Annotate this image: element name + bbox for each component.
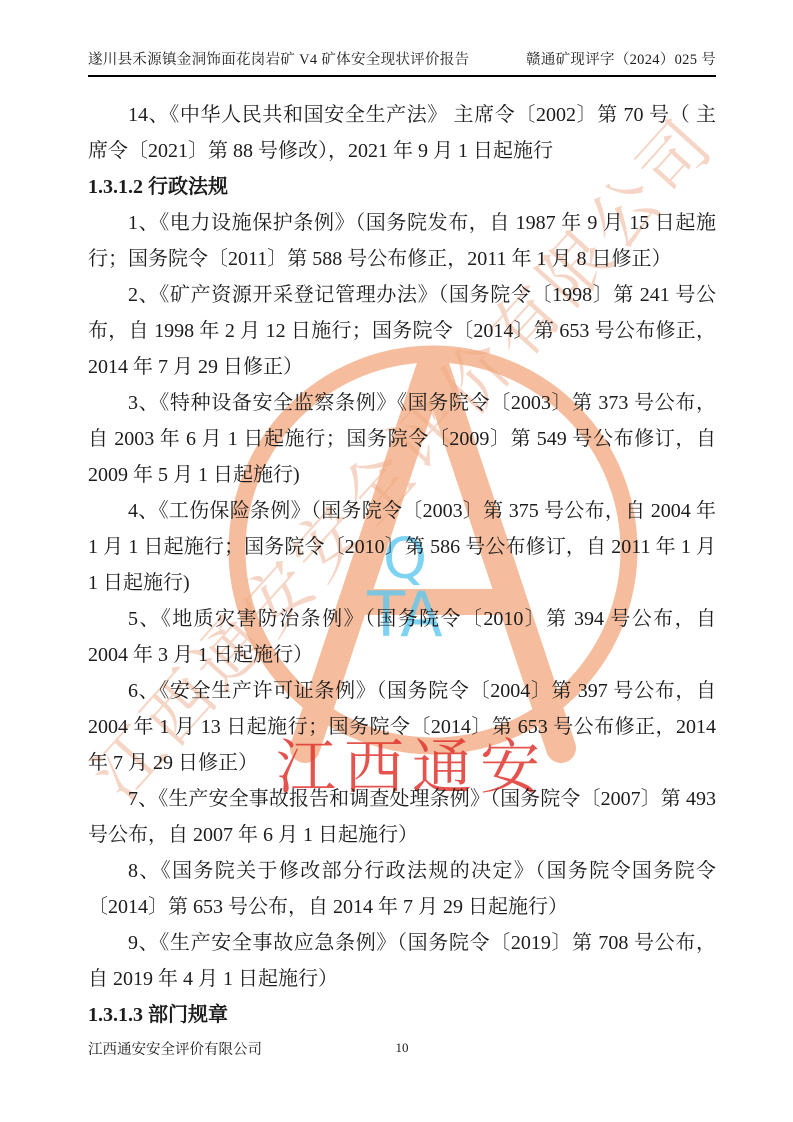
page-header: 遂川县禾源镇金洞饰面花岗岩矿 V4 矿体安全现状评价报告 赣通矿现评字（2024… <box>88 48 716 77</box>
document-body: 14、《中华人民共和国安全生产法》 主席令〔2002〕第 70 号（ 主席令〔2… <box>88 97 716 1033</box>
footer-page-number: 10 <box>88 1040 716 1056</box>
body-paragraph: 2、《矿产资源开采登记管理办法》（国务院令〔1998〕第 241 号公布，自 1… <box>88 277 716 385</box>
document-page: 江西通安安全评价有限公司 Q TA 江西通安 遂川县禾源镇金洞饰面花岗岩矿 V4… <box>0 0 793 1122</box>
document-content: 遂川县禾源镇金洞饰面花岗岩矿 V4 矿体安全现状评价报告 赣通矿现评字（2024… <box>0 0 793 1033</box>
body-paragraph: 7、《生产安全事故报告和调查处理条例》（国务院令〔2007〕第 493 号公布，… <box>88 781 716 853</box>
body-paragraph: 1、《电力设施保护条例》（国务院发布，自 1987 年 9 月 15 日起施行；… <box>88 205 716 277</box>
body-paragraph: 6、《安全生产许可证条例》（国务院令〔2004〕第 397 号公布，自 2004… <box>88 673 716 781</box>
body-paragraph: 4、《工伤保险条例》（国务院令〔2003〕第 375 号公布，自 2004 年 … <box>88 493 716 601</box>
body-paragraph: 14、《中华人民共和国安全生产法》 主席令〔2002〕第 70 号（ 主席令〔2… <box>88 97 716 169</box>
body-paragraph: 3、《特种设备安全监察条例》《国务院令〔2003〕第 373 号公布，自 200… <box>88 385 716 493</box>
body-paragraph: 8、《国务院关于修改部分行政法规的决定》（国务院令国务院令〔2014〕第 653… <box>88 853 716 925</box>
section-heading: 1.3.1.3 部门规章 <box>88 997 716 1033</box>
body-paragraph: 5、《地质灾害防治条例》（国务院令〔2010〕第 394 号公布，自 2004 … <box>88 601 716 673</box>
body-paragraph: 9、《生产安全事故应急条例》（国务院令〔2019〕第 708 号公布，自 201… <box>88 925 716 997</box>
header-document-number: 赣通矿现评字（2024）025 号 <box>526 48 716 69</box>
section-heading: 1.3.1.2 行政法规 <box>88 169 716 205</box>
header-report-title: 遂川县禾源镇金洞饰面花岗岩矿 V4 矿体安全现状评价报告 <box>88 48 469 69</box>
